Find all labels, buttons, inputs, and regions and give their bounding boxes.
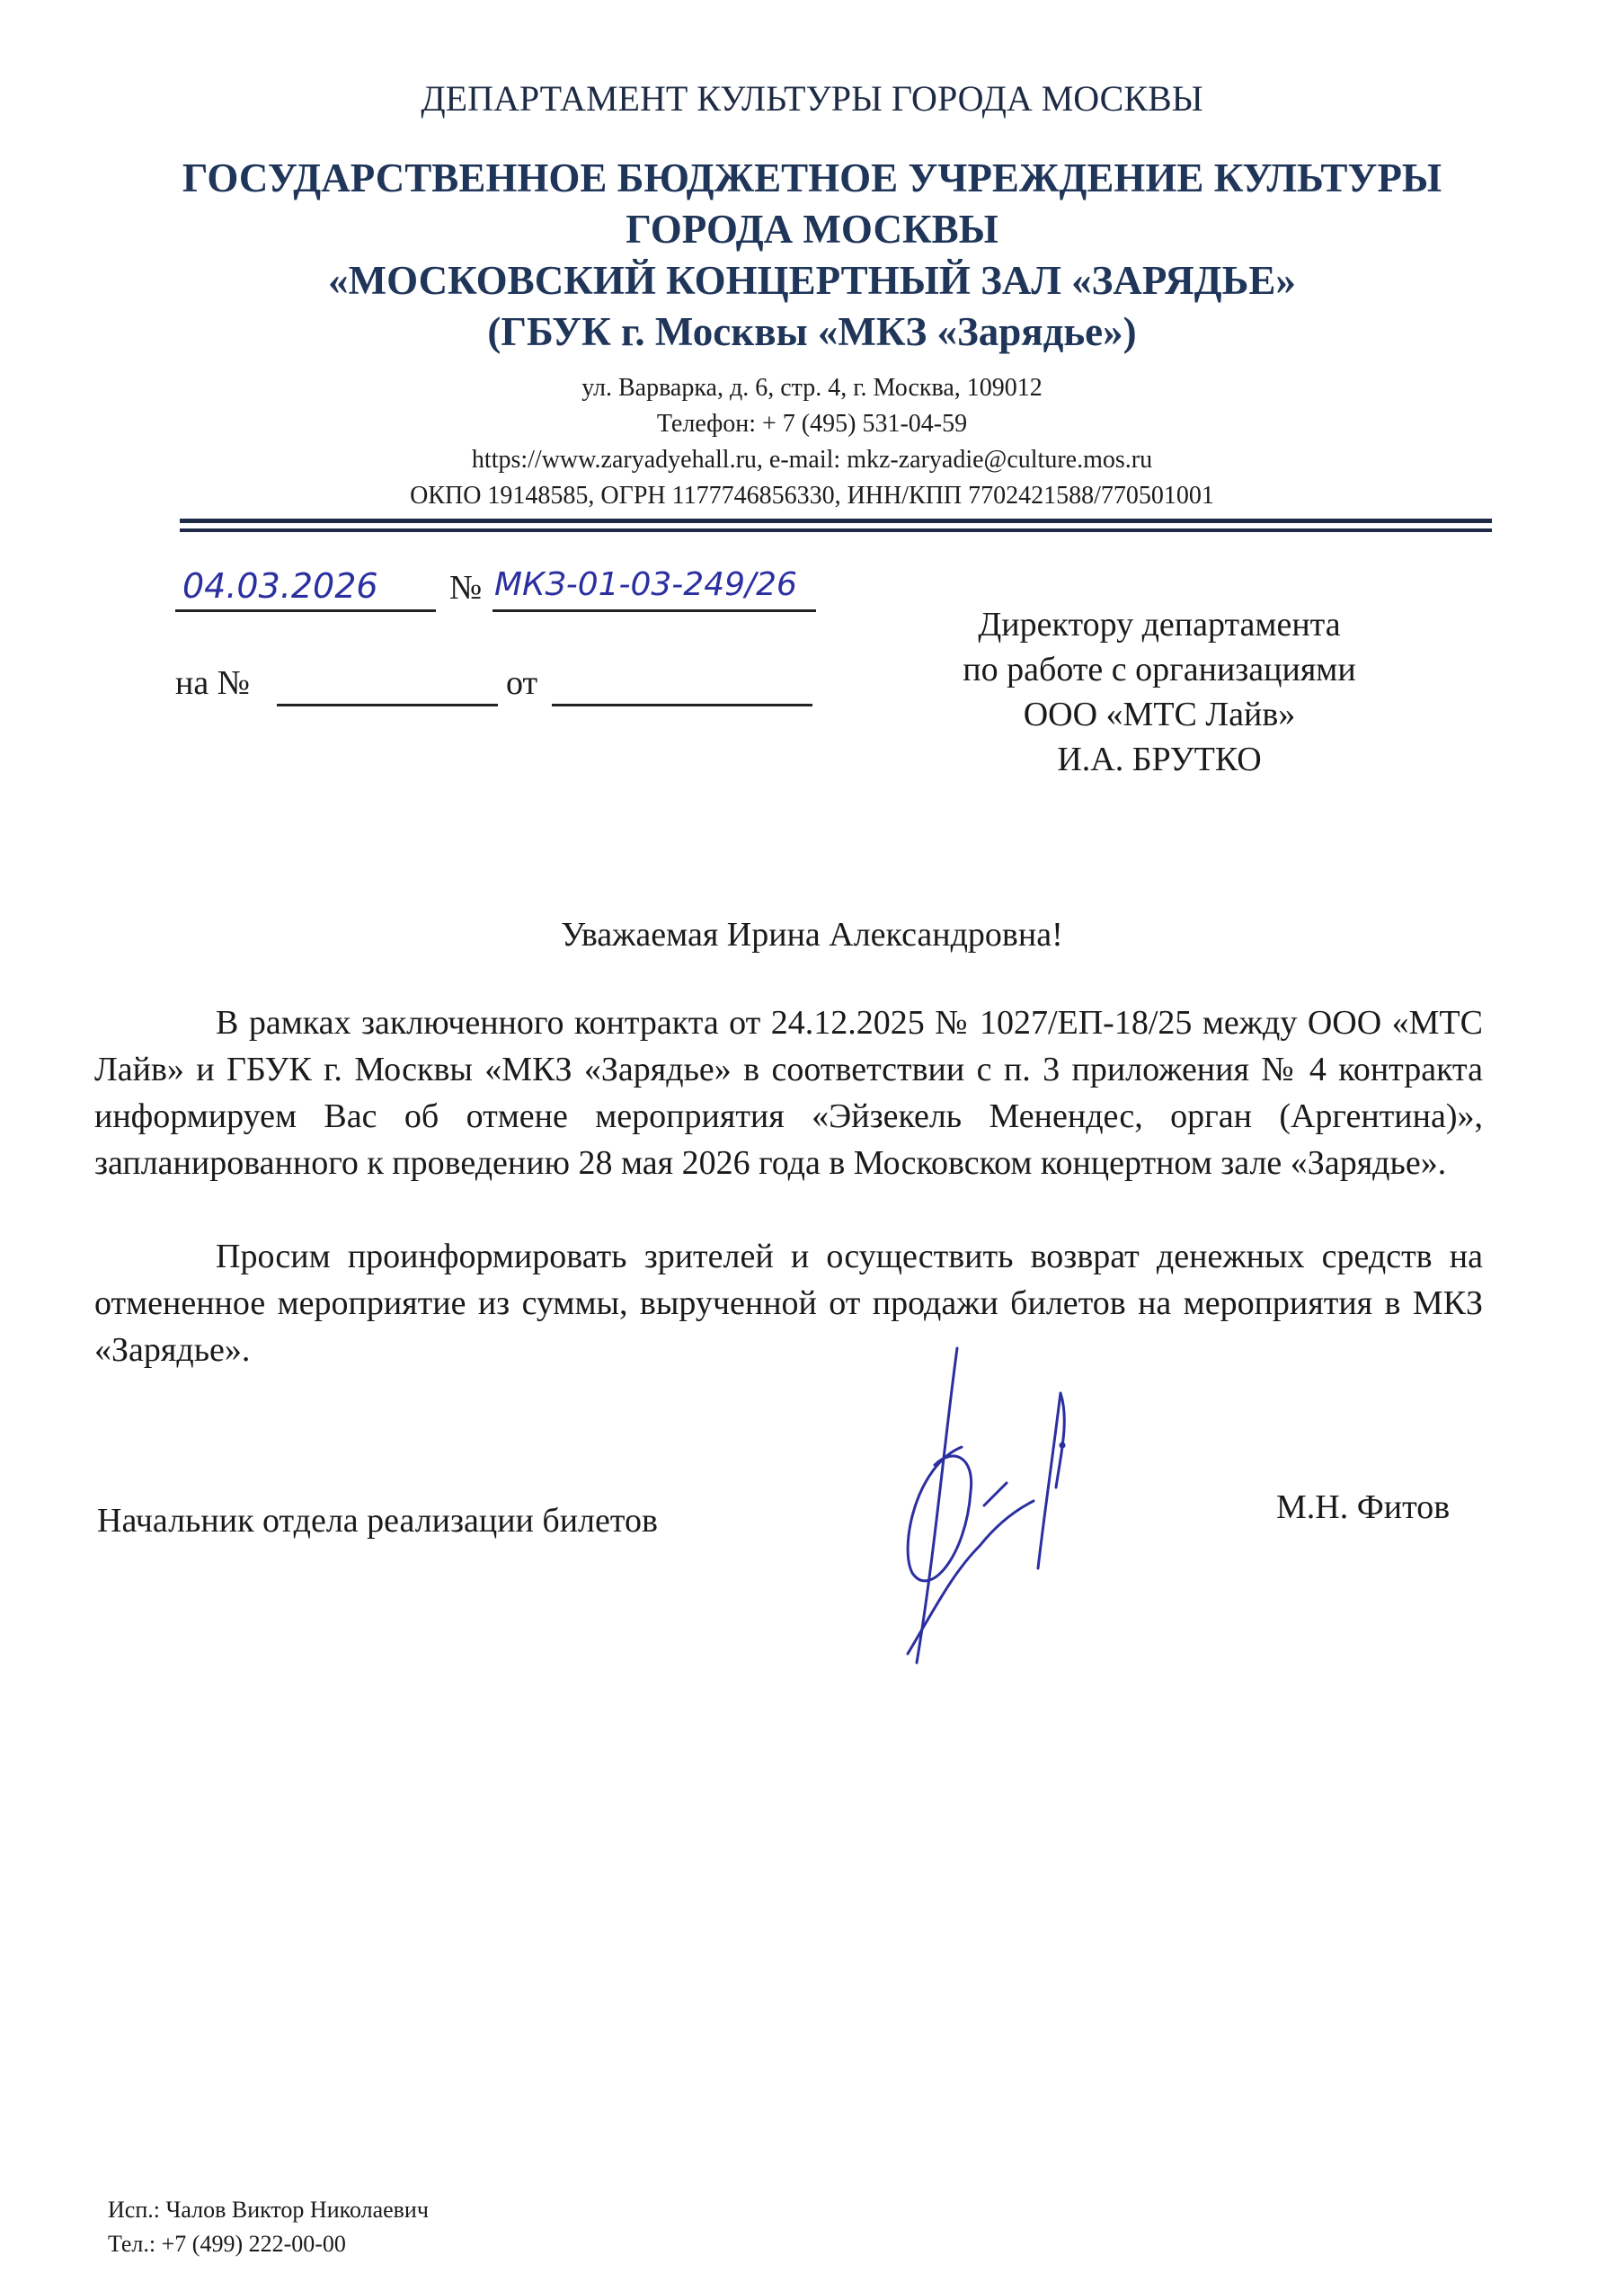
recipient-line: Директору департамента [890, 602, 1429, 647]
recipient-line: ООО «МТС Лайв» [890, 692, 1429, 737]
org-line: ГОСУДАРСТВЕННОЕ БЮДЖЕТНОЕ УЧРЕЖДЕНИЕ КУЛ… [0, 153, 1624, 204]
org-line: (ГБУК г. Москвы «МКЗ «Зарядье») [0, 306, 1624, 358]
department-name: ДЕПАРТАМЕНТ КУЛЬТУРЫ ГОРОДА МОСКВЫ [0, 77, 1624, 120]
from-date-field [552, 661, 812, 706]
recipient-block: Директору департамента по работе с орган… [890, 602, 1429, 782]
from-label: от [506, 663, 537, 703]
handwritten-number: МКЗ-01-03-249/26 [494, 566, 797, 603]
handwritten-signature-icon [881, 1339, 1150, 1672]
ref-number-field [277, 661, 498, 706]
signer-title: Начальник отдела реализации билетов [97, 1501, 658, 1541]
registration-codes: ОКПО 19148585, ОГРН 1177746856330, ИНН/К… [0, 478, 1624, 514]
ref-label: на № [175, 663, 250, 703]
date-field: 04.03.2026 [175, 564, 436, 612]
handwritten-date: 04.03.2026 [182, 566, 378, 606]
header-divider-top [180, 519, 1492, 523]
number-field: МКЗ-01-03-249/26 [493, 564, 816, 612]
executor-phone: Тел.: +7 (499) 222-00-00 [108, 2227, 429, 2261]
recipient-line: И.А. БРУТКО [890, 737, 1429, 782]
greeting: Уважаемая Ирина Александровна! [0, 915, 1624, 955]
body-paragraph: В рамках заключенного контракта от 24.12… [94, 999, 1483, 1186]
organization-name: ГОСУДАРСТВЕННОЕ БЮДЖЕТНОЕ УЧРЕЖДЕНИЕ КУЛ… [0, 153, 1624, 358]
org-line: «МОСКОВСКИЙ КОНЦЕРТНЫЙ ЗАЛ «ЗАРЯДЬЕ» [0, 255, 1624, 306]
address: ул. Варварка, д. 6, стр. 4, г. Москва, 1… [0, 370, 1624, 406]
web-email: https://www.zaryadyehall.ru, e-mail: mkz… [0, 442, 1624, 478]
contact-block: ул. Варварка, д. 6, стр. 4, г. Москва, 1… [0, 370, 1624, 514]
recipient-line: по работе с организациями [890, 647, 1429, 692]
header-divider-bottom [180, 528, 1492, 532]
org-line: ГОРОДА МОСКВЫ [0, 204, 1624, 255]
executor-name: Исп.: Чалов Виктор Николаевич [108, 2193, 429, 2227]
phone: Телефон: + 7 (495) 531-04-59 [0, 406, 1624, 442]
body-paragraph: Просим проинформировать зрителей и осуще… [94, 1233, 1483, 1373]
signer-name: М.Н. Фитов [1276, 1487, 1450, 1527]
number-sign: № [449, 568, 482, 608]
executor-info: Исп.: Чалов Виктор Николаевич Тел.: +7 (… [108, 2193, 429, 2261]
